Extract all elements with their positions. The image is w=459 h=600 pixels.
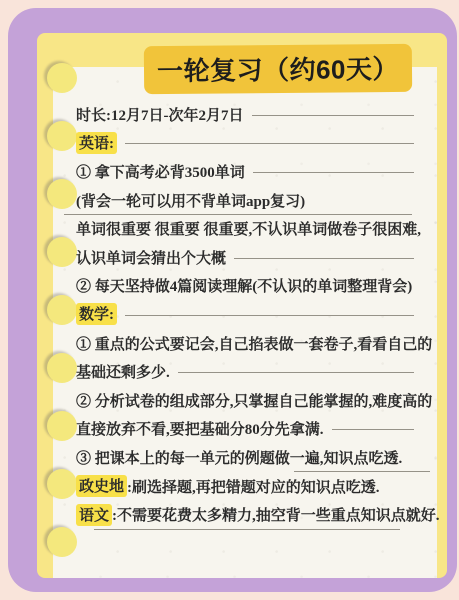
hole-punch-icon [47, 237, 77, 267]
subject-highlight: 语文 [76, 504, 112, 526]
subject-highlight: 数学: [76, 303, 117, 325]
hole-punch-icon [47, 353, 77, 383]
ruled-line [125, 315, 414, 316]
row-text: 基础还剩多少. [76, 361, 170, 382]
row-text: 单词很重要 很重要 很重要,不认识单词做卷子很困难, [76, 218, 421, 239]
subject-highlight: 英语: [76, 132, 117, 154]
note-row: 数学: [76, 300, 414, 329]
note-row: 认识单词会猜出个大概 [76, 243, 414, 272]
row-text: ② 每天坚持做4篇阅读理解(不认识的单词整理背会) [76, 275, 412, 296]
row-text: ② 分析试卷的组成部分,只掌握自己能掌握的,难度高的 [76, 390, 432, 411]
hole-punch-icon [47, 121, 77, 151]
row-text: :不需要花费太多精力,抽空背一些重点知识点就好. [112, 504, 440, 525]
note-row: 基础还剩多少. [76, 357, 414, 386]
ruled-line [94, 529, 400, 530]
note-row: 语文:不需要花费太多精力,抽空背一些重点知识点就好. [76, 500, 414, 529]
ruled-line [332, 429, 414, 430]
row-text: ③ 把课本上的每一单元的例题做一遍,知识点吃透. [76, 447, 402, 468]
note-row: (背会一轮可以用不背单词app复习) [76, 186, 414, 215]
hole-punch-icon [47, 295, 77, 325]
note-row: 单词很重要 很重要 很重要,不认识单词做卷子很困难, [76, 214, 414, 243]
hole-punch-icon [47, 63, 77, 93]
note-row: ① 拿下高考必背3500单词 [76, 157, 414, 186]
note-row: ② 分析试卷的组成部分,只掌握自己能掌握的,难度高的 [76, 386, 414, 415]
note-row: ② 每天坚持做4篇阅读理解(不认识的单词整理背会) [76, 272, 414, 301]
row-text: 时长:12月7日-次年2月7日 [76, 104, 244, 125]
row-text: (背会一轮可以用不背单词app复习) [76, 190, 305, 211]
hole-column [47, 63, 77, 557]
note-row: ① 重点的公式要记会,自己掐表做一套卷子,看看自己的 [76, 329, 414, 358]
ruled-line [178, 372, 414, 373]
note-rows: 时长:12月7日-次年2月7日英语:① 拿下高考必背3500单词(背会一轮可以用… [76, 100, 414, 529]
row-text: ① 拿下高考必背3500单词 [76, 161, 245, 182]
ruled-line [234, 258, 414, 259]
hole-punch-icon [47, 469, 77, 499]
ruled-line [252, 115, 415, 116]
hole-punch-icon [47, 411, 77, 441]
row-text: ① 重点的公式要记会,自己掐表做一套卷子,看看自己的 [76, 333, 432, 354]
subject-highlight: 政史地 [76, 475, 127, 497]
note-row: ③ 把课本上的每一单元的例题做一遍,知识点吃透. [76, 443, 414, 472]
note-row: 英语: [76, 129, 414, 158]
hole-punch-icon [47, 179, 77, 209]
row-text: 认识单词会猜出个大概 [76, 247, 226, 268]
hole-punch-icon [47, 527, 77, 557]
ruled-line [253, 172, 414, 173]
note-row: 政史地:刷选择题,再把错题对应的知识点吃透. [76, 472, 414, 501]
note-row: 直接放弃不看,要把基础分80分先拿满. [76, 415, 414, 444]
ruled-line [125, 143, 414, 144]
row-text: 直接放弃不看,要把基础分80分先拿满. [76, 418, 324, 439]
note-row: 时长:12月7日-次年2月7日 [76, 100, 414, 129]
page-title: 一轮复习（约60天） [144, 44, 412, 94]
row-text: :刷选择题,再把错题对应的知识点吃透. [127, 476, 380, 497]
